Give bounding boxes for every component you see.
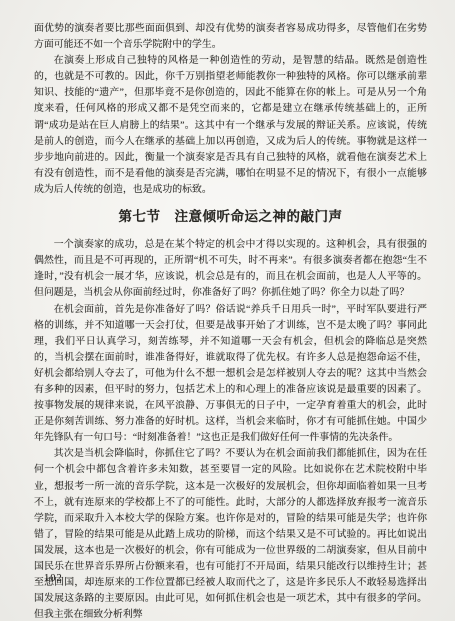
paragraph: 在机会面前，首先是你准备好了吗？俗话说“养兵千日用兵一时”，平时军队要进行严格的… xyxy=(34,302,427,447)
page-text-block: 面优势的演奏者要比那些面面俱到、却没有优势的演奏者容易成功得多，尽管他们在劣势方… xyxy=(34,21,427,621)
section-heading: 第七节 注意倾听命运之神的敲门声 xyxy=(34,209,427,225)
paragraph: 一个演奏家的成功，总是在某个特定的机会中才得以实现的。这种机会，具有很强的偶然性… xyxy=(34,237,427,301)
book-page: 面优势的演奏者要比那些面面俱到、却没有优势的演奏者容易成功得多，尽管他们在劣势方… xyxy=(0,0,455,621)
page-number: 102 xyxy=(44,573,63,584)
paragraph-continuation: 面优势的演奏者要比那些面面俱到、却没有优势的演奏者容易成功得多，尽管他们在劣势方… xyxy=(34,21,427,53)
paragraph: 其次是当机会降临时，你抓住它了吗？不要认为在机会面前我们都能抓住，因为在任何一个… xyxy=(34,446,427,621)
paragraph: 在演奏上形成自己独特的风格是一种创造性的劳动，是智慧的结晶。既然是创造性的，也就… xyxy=(34,53,427,198)
